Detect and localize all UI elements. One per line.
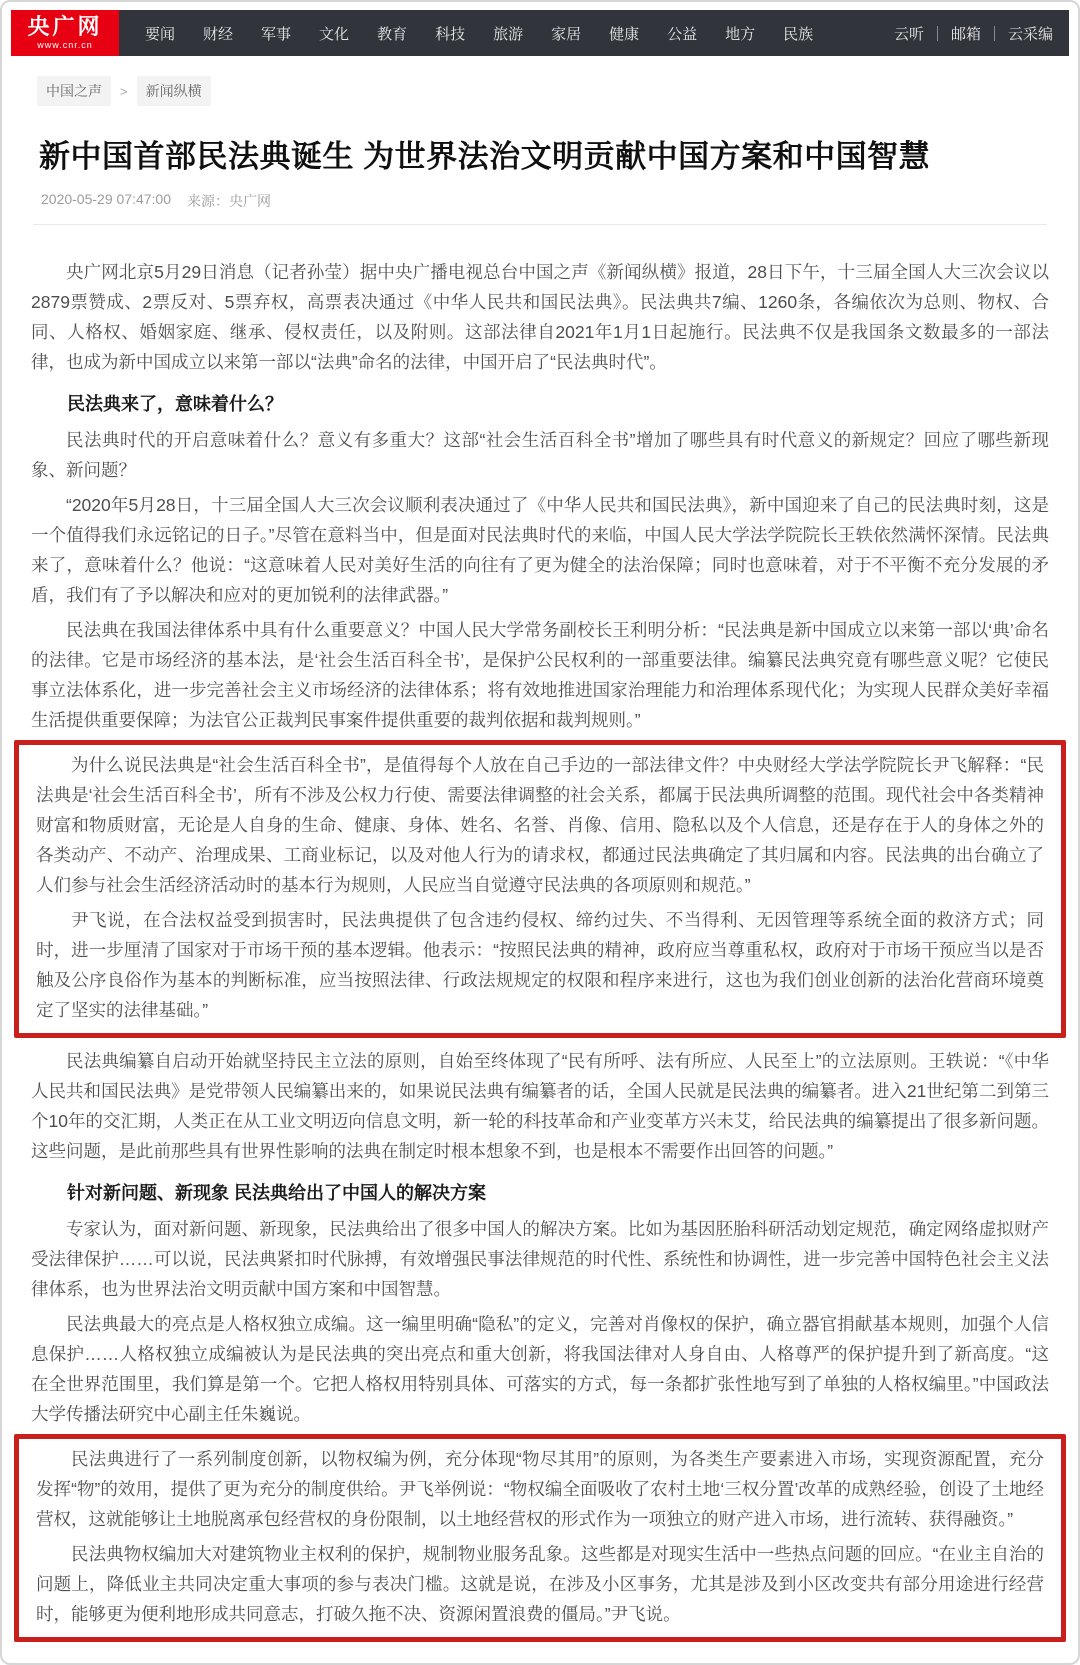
paragraph: 专家认为，面对新问题、新现象，民法典给出了很多中国人的解决方案。比如为基因胚胎科…	[31, 1214, 1049, 1304]
top-nav-bar: 央广网 www.cnr.cn 要闻 财经 军事 文化 教育 科技 旅游 家居 健…	[11, 10, 1069, 56]
site-logo[interactable]: 央广网 www.cnr.cn	[11, 10, 119, 56]
paragraph: 为什么说民法典是“社会生活百科全书”，是值得每个人放在自己手边的一部法律文件？中…	[36, 750, 1044, 900]
source-label: 来源：央广网	[187, 191, 271, 211]
nav-item-junshi[interactable]: 军事	[261, 23, 291, 44]
section-heading: 民法典来了，意味着什么？	[31, 389, 1049, 419]
nav-item-gongyi[interactable]: 公益	[667, 23, 697, 44]
chevron-right-icon: >	[120, 84, 128, 99]
breadcrumb-item-channel[interactable]: 中国之声	[37, 76, 111, 106]
divider	[33, 224, 1047, 225]
section-heading: 针对新问题、新现象 民法典给出了中国人的解决方案	[31, 1178, 1049, 1208]
paragraph: 尹飞说，在合法权益受到损害时，民法典提供了包含违约侵权、缔约过失、不当得利、无因…	[36, 905, 1044, 1025]
site-logo-url: www.cnr.cn	[37, 41, 93, 51]
paragraph: 民法典时代的开启意味着什么？意义有多重大？这部“社会生活百科全书”增加了哪些具有…	[31, 425, 1049, 485]
article-body: 央广网北京5月29日消息（记者孙莹）据中央广播电视总台中国之声《新闻纵横》报道，…	[31, 257, 1049, 1642]
utility-links: 云听 邮箱 云采编	[894, 10, 1053, 56]
nav-item-yaowen[interactable]: 要闻	[145, 23, 175, 44]
nav-item-wenhua[interactable]: 文化	[319, 23, 349, 44]
nav-item-difang[interactable]: 地方	[725, 23, 755, 44]
page-frame: 央广网 www.cnr.cn 要闻 财经 军事 文化 教育 科技 旅游 家居 健…	[0, 0, 1080, 1665]
divider	[994, 26, 995, 41]
nav-item-jiaoyu[interactable]: 教育	[377, 23, 407, 44]
site-logo-title: 央广网	[27, 15, 102, 39]
main-nav: 要闻 财经 军事 文化 教育 科技 旅游 家居 健康 公益 地方 民族	[145, 10, 813, 56]
article-page: 中国之声 > 新闻纵横 新中国首部民法典诞生 为世界法治文明贡献中国方案和中国智…	[11, 76, 1069, 1642]
paragraph: 民法典在我国法律体系中具有什么重要意义？中国人民大学常务副校长王利明分析：“民法…	[31, 615, 1049, 735]
nav-item-minzu[interactable]: 民族	[783, 23, 813, 44]
paragraph: 民法典进行了一系列制度创新，以物权编为例，充分体现“物尽其用”的原则，为各类生产…	[36, 1444, 1044, 1534]
highlight-box-2: 民法典进行了一系列制度创新，以物权编为例，充分体现“物尽其用”的原则，为各类生产…	[14, 1434, 1066, 1642]
breadcrumb-item-section[interactable]: 新闻纵横	[137, 76, 211, 106]
article-meta: 2020-05-29 07:47:00 来源：央广网	[41, 191, 1049, 211]
paragraph: “2020年5月28日，十三届全国人大三次会议顺利表决通过了《中华人民共和国民法…	[31, 490, 1049, 610]
page-title: 新中国首部民法典诞生 为世界法治文明贡献中国方案和中国智慧	[39, 131, 1041, 176]
paragraph: 民法典编纂自启动开始就坚持民主立法的原则，自始至终体现了“民有所呼、法有所应、人…	[31, 1046, 1049, 1166]
utility-youxiang[interactable]: 邮箱	[951, 23, 981, 44]
nav-item-jiankang[interactable]: 健康	[609, 23, 639, 44]
highlight-box-1: 为什么说民法典是“社会生活百科全书”，是值得每个人放在自己手边的一部法律文件？中…	[14, 740, 1066, 1038]
paragraph: 民法典物权编加大对建筑物业主权利的保护，规制物业服务乱象。这些都是对现实生活中一…	[36, 1539, 1044, 1629]
publish-date: 2020-05-29 07:47:00	[41, 191, 171, 211]
nav-item-keji[interactable]: 科技	[435, 23, 465, 44]
divider	[937, 26, 938, 41]
nav-item-lvyou[interactable]: 旅游	[493, 23, 523, 44]
nav-item-caijing[interactable]: 财经	[203, 23, 233, 44]
paragraph: 民法典最大的亮点是人格权独立成编。这一编里明确“隐私”的定义，完善对肖像权的保护…	[31, 1309, 1049, 1429]
utility-yunting[interactable]: 云听	[894, 23, 924, 44]
paragraph: 央广网北京5月29日消息（记者孙莹）据中央广播电视总台中国之声《新闻纵横》报道，…	[31, 257, 1049, 377]
utility-yuncaibian[interactable]: 云采编	[1008, 23, 1053, 44]
nav-item-jiaju[interactable]: 家居	[551, 23, 581, 44]
breadcrumb: 中国之声 > 新闻纵横	[37, 76, 1049, 106]
